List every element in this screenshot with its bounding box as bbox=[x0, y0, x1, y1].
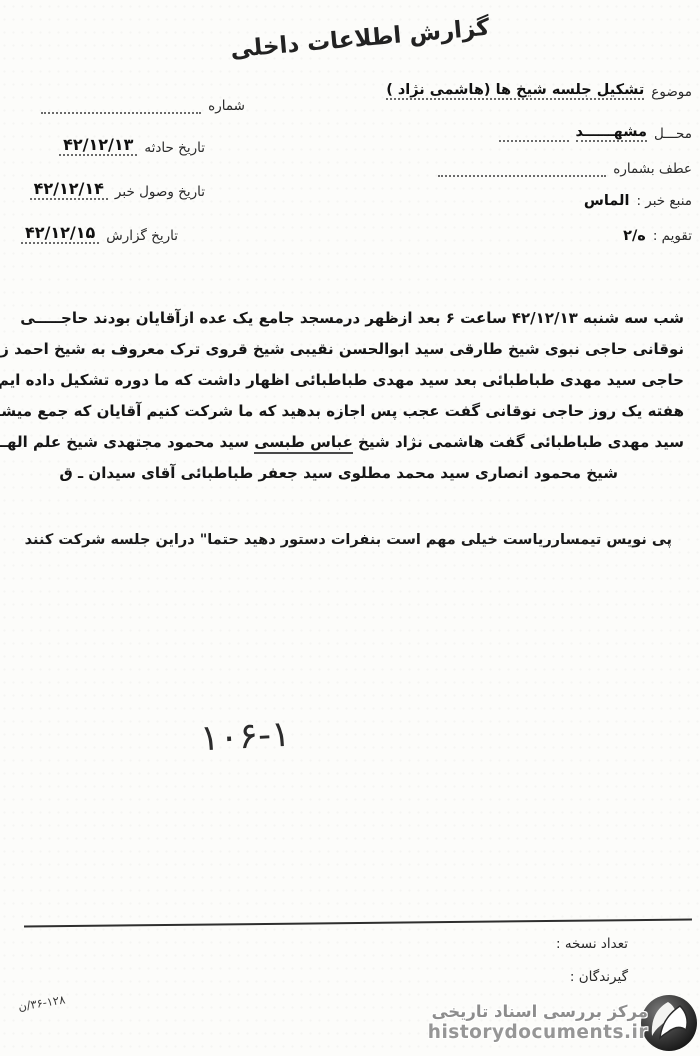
subject-label: موضوع bbox=[651, 84, 692, 100]
watermark-text: مرکز بررسی اسناد تاریخی historydocuments… bbox=[428, 1003, 648, 1043]
report-date-value: ۴۲/۱۲/۱۵ bbox=[21, 223, 99, 244]
watermark-url: historydocuments.ir bbox=[428, 1022, 648, 1043]
footer-divider bbox=[24, 919, 692, 928]
evaluation-value: ه/۲ bbox=[623, 228, 646, 244]
body-line-5-underlined-name: عباس طبسی bbox=[254, 433, 353, 454]
form-number: ۳۶-۱۲۸/ن bbox=[17, 992, 66, 1013]
body-line-4: هفته یک روز حاجی نوقانی گفت عجب پس اجازه… bbox=[22, 396, 684, 427]
incident-date-label: تاریخ حادثه bbox=[144, 140, 205, 156]
watermark: مرکز بررسی اسناد تاریخی historydocuments… bbox=[428, 992, 700, 1054]
scanned-intelligence-report: گزارش اطلاعات داخلی موضوع تشکیل جلسه شیخ… bbox=[0, 0, 700, 1056]
body-line-3: حاجی سید مهدی طباطبائی بعد سید مهدی طباط… bbox=[22, 365, 684, 396]
report-body: شب سه شنبه ۴۲/۱۲/۱۳ ساعت ۶ بعد ازظهر درم… bbox=[22, 303, 684, 489]
source-value: الماس bbox=[584, 193, 630, 209]
body-line-1: شب سه شنبه ۴۲/۱۲/۱۳ ساعت ۶ بعد ازظهر درم… bbox=[22, 303, 684, 334]
field-report-date: تاریخ گزارش ۴۲/۱۲/۱۵ bbox=[21, 223, 178, 244]
report-title: گزارش اطلاعات داخلی bbox=[221, 14, 498, 64]
field-subject: موضوع تشکیل جلسه شیخ ها (هاشمی نژاد ) bbox=[386, 82, 692, 100]
location-dotted-line bbox=[499, 126, 569, 142]
body-line-5: سید مهدی طباطبائی گفت هاشمی نژاد شیخ عبا… bbox=[22, 427, 684, 458]
number-dotted-line bbox=[41, 98, 201, 114]
field-news-source: منبع خبر : الماس bbox=[584, 193, 692, 209]
body-line-6: شیخ محمود انصاری سید محمد مطلوی سید جعفر… bbox=[22, 458, 684, 489]
body-line-5-post: سید محمود مجتهدی شیخ علم الهـــــدی bbox=[0, 433, 254, 451]
body-line-5-pre: سید مهدی طباطبائی گفت هاشمی نژاد شیخ bbox=[353, 433, 684, 451]
field-receipt-date: تاریخ وصول خبر ۴۲/۱۲/۱۴ bbox=[30, 179, 205, 200]
location-label: محـــل bbox=[654, 126, 692, 142]
postscript-note: پی نویس تیمسارریاست خیلی مهم است بنفرات … bbox=[36, 525, 672, 555]
reference-label: عطف بشماره bbox=[613, 161, 692, 177]
evaluation-label: تقویم : bbox=[653, 228, 692, 244]
field-location: محـــل مشهــــــد bbox=[499, 124, 692, 142]
incident-date-value: ۴۲/۱۲/۱۳ bbox=[59, 135, 137, 156]
reference-dotted-line bbox=[438, 161, 606, 177]
receipt-date-label: تاریخ وصول خبر bbox=[115, 184, 205, 200]
field-incident-date: تاریخ حادثه ۴۲/۱۲/۱۳ bbox=[59, 135, 205, 156]
handwritten-archive-number: ۱۰۶-۱ bbox=[199, 714, 291, 760]
watermark-org-name: مرکز بررسی اسناد تاریخی bbox=[428, 1003, 648, 1022]
source-label: منبع خبر : bbox=[636, 193, 692, 209]
field-evaluation: تقویم : ه/۲ bbox=[623, 228, 692, 244]
recipients-field-label: گیرندگان : bbox=[570, 969, 628, 985]
location-value: مشهــــــد bbox=[576, 124, 647, 142]
body-line-2: نوقانی حاجی نبوی شیخ طارقی سید ابوالحسن … bbox=[22, 334, 684, 365]
number-label: شماره bbox=[208, 98, 245, 114]
receipt-date-value: ۴۲/۱۲/۱۴ bbox=[30, 179, 108, 200]
field-reference-number: عطف بشماره bbox=[438, 161, 692, 177]
copies-field-label: تعداد نسخه : bbox=[556, 936, 628, 952]
report-date-label: تاریخ گزارش bbox=[106, 228, 178, 244]
field-number: شماره bbox=[41, 98, 245, 114]
subject-value: تشکیل جلسه شیخ ها (هاشمی نژاد ) bbox=[386, 82, 644, 100]
